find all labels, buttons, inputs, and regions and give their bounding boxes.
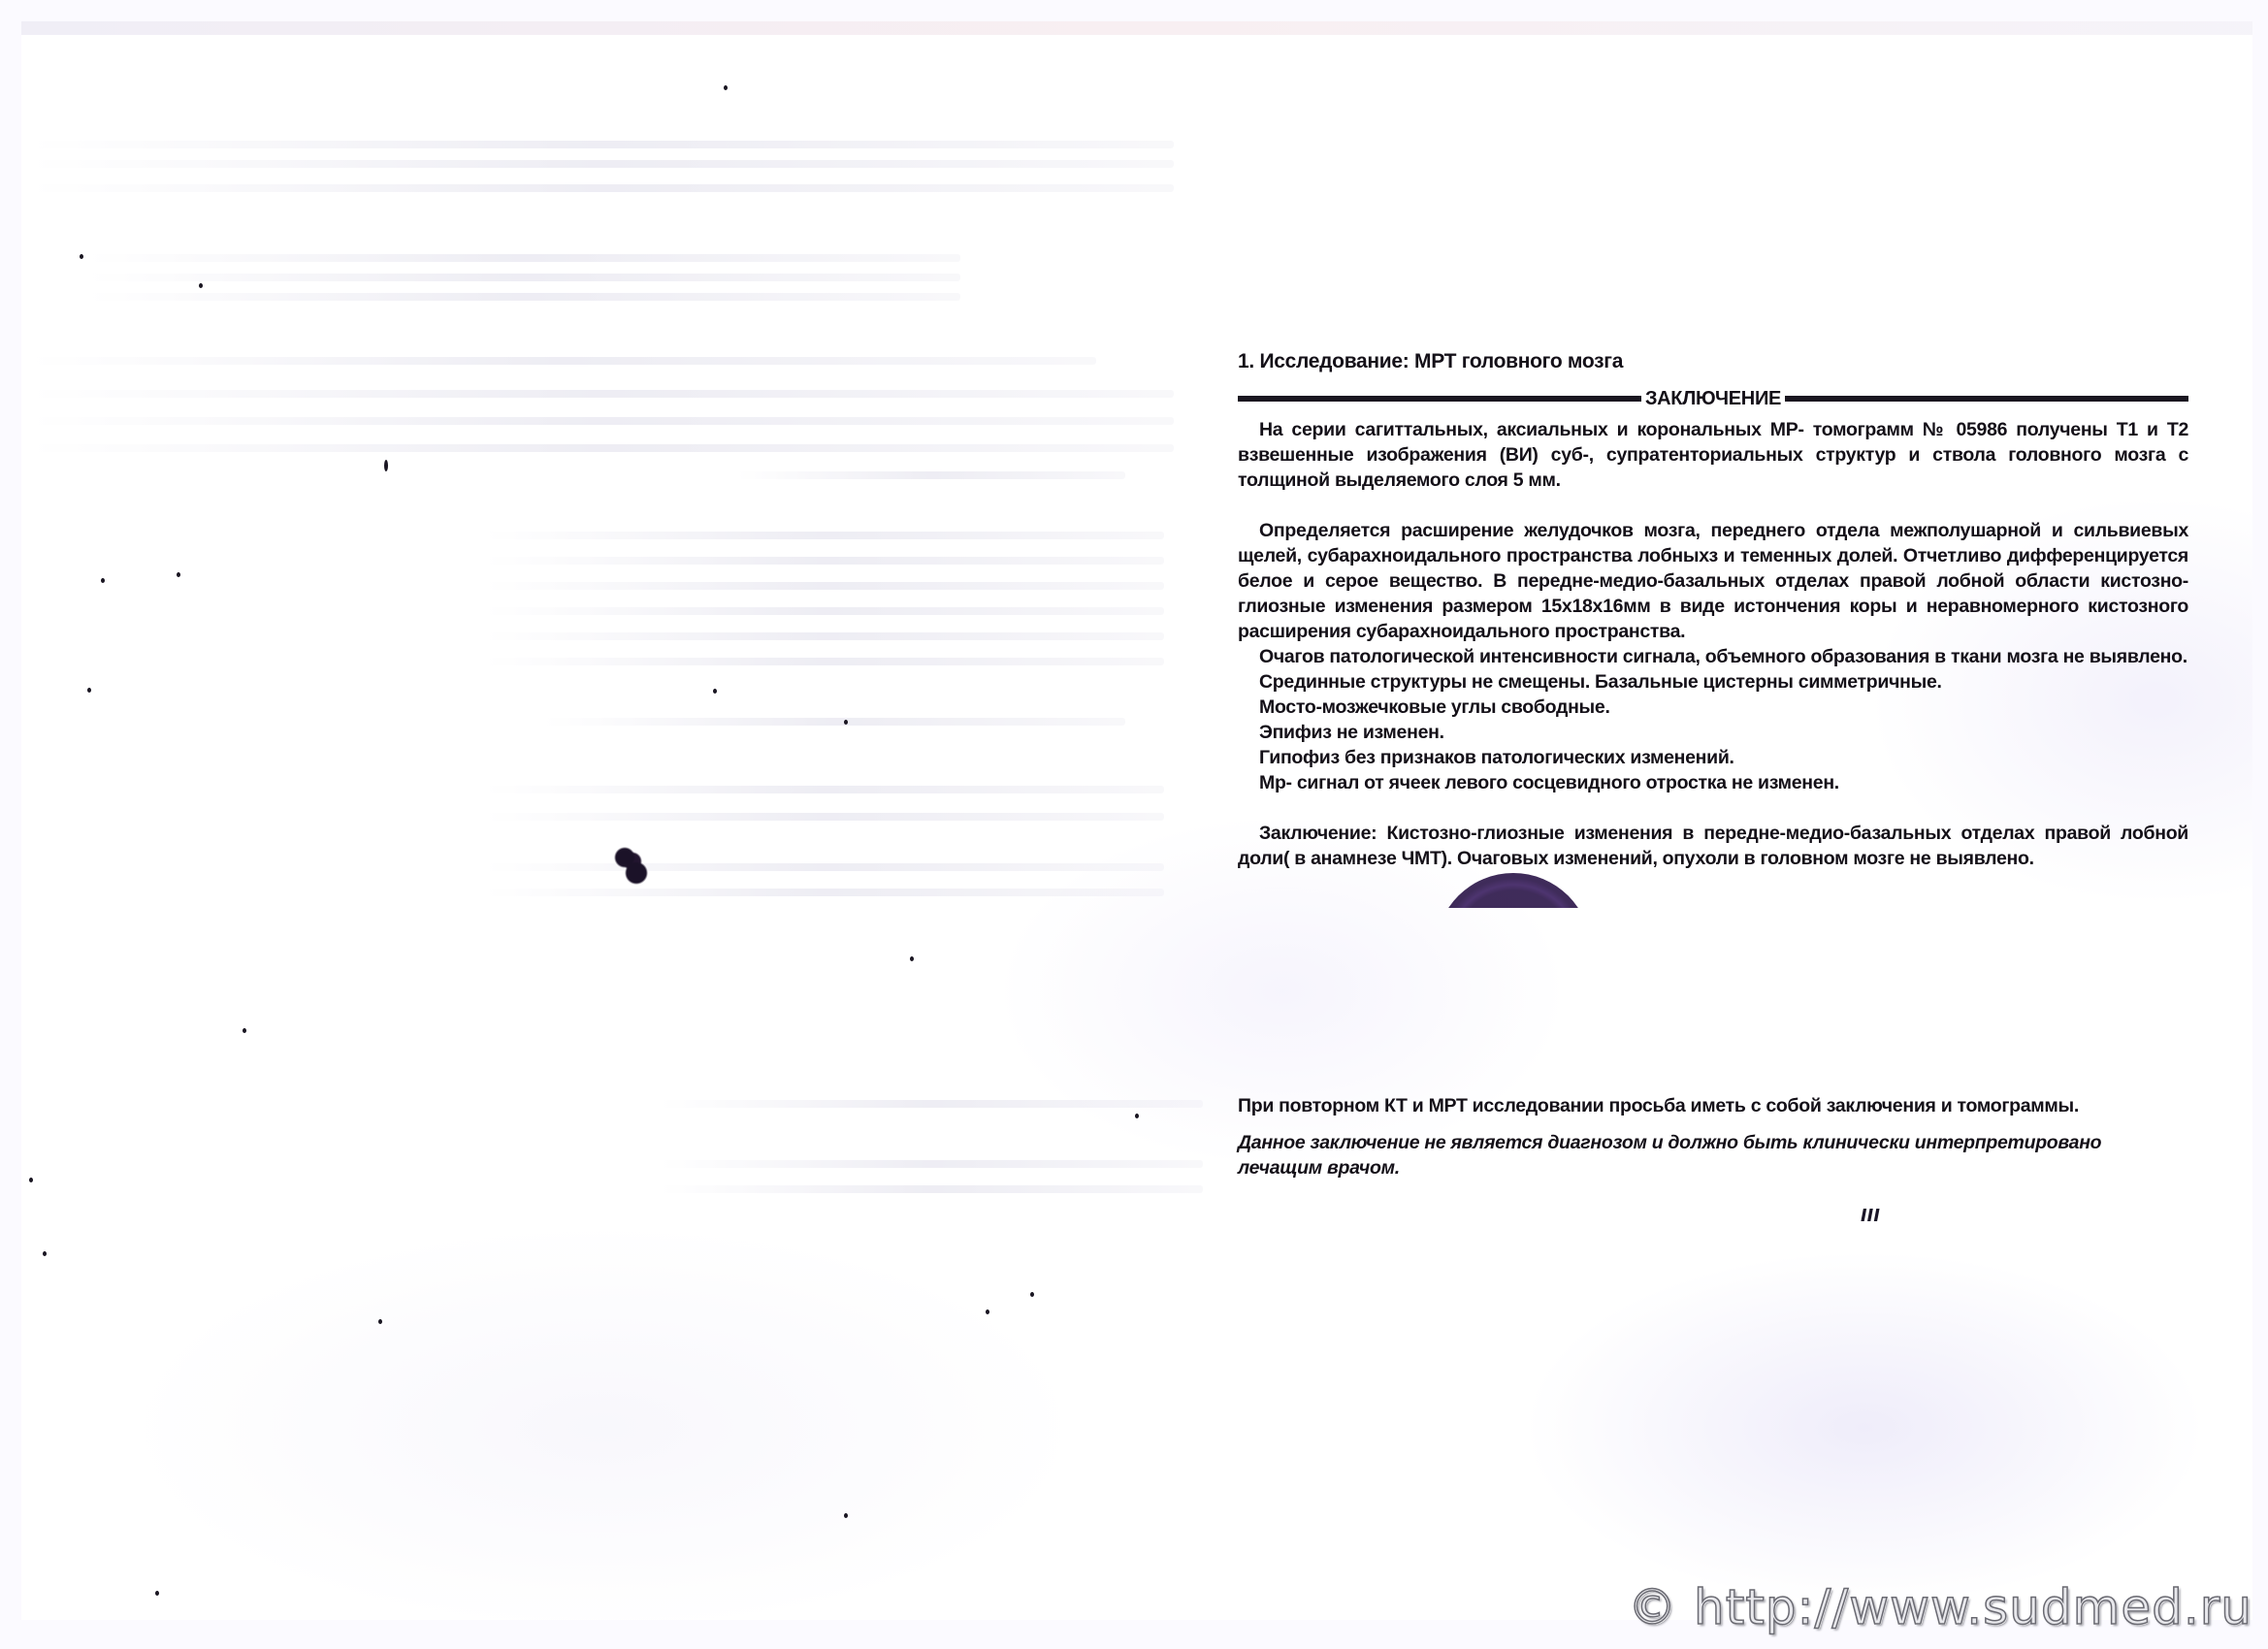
section-heading-rule: ЗАКЛЮЧЕНИЕ [1238, 386, 2188, 411]
scan-edge-strip [21, 21, 2252, 35]
finding-line: Мр- сигнал от ячеек левого сосцевидного … [1259, 770, 2188, 795]
finding-line: Мосто-мозжечковые углы свободные. [1259, 695, 2188, 720]
footer-notes: При повторном КТ и МРТ исследовании прос… [1238, 1093, 2111, 1180]
ink-blot [611, 844, 648, 885]
footer-disclaimer: Данное заключение не является диагнозом … [1238, 1130, 2111, 1180]
finding-line: Эпифиз не изменен. [1259, 720, 2188, 745]
conclusion-paragraph: Заключение: Кистозно-глиозные изменения … [1238, 821, 2188, 871]
rule-line-left [1238, 396, 1641, 402]
section-heading: ЗАКЛЮЧЕНИЕ [1641, 386, 1785, 411]
report-paragraph: Определяется расширение желудочков мозга… [1238, 518, 2188, 644]
report-paragraph: Очагов патологической интенсивности сигн… [1238, 644, 2188, 669]
mri-report: 1. Исследование: МРТ головного мозга ЗАК… [1238, 349, 2188, 871]
signature-mark: ııı [1861, 1201, 1880, 1228]
study-title: 1. Исследование: МРТ головного мозга [1238, 349, 2188, 374]
finding-line: Срединные структуры не смещены. Базальны… [1259, 669, 2188, 695]
rule-line-right [1785, 396, 2188, 402]
report-paragraph: На серии сагиттальных, аксиальных и коро… [1238, 417, 2188, 493]
footer-request: При повторном КТ и МРТ исследовании прос… [1238, 1093, 2111, 1118]
finding-line: Гипофиз без признаков патологических изм… [1259, 745, 2188, 770]
round-seal-stamp-icon [1445, 873, 1581, 908]
site-watermark: © http://www.sudmed.ru [1628, 1579, 2252, 1635]
